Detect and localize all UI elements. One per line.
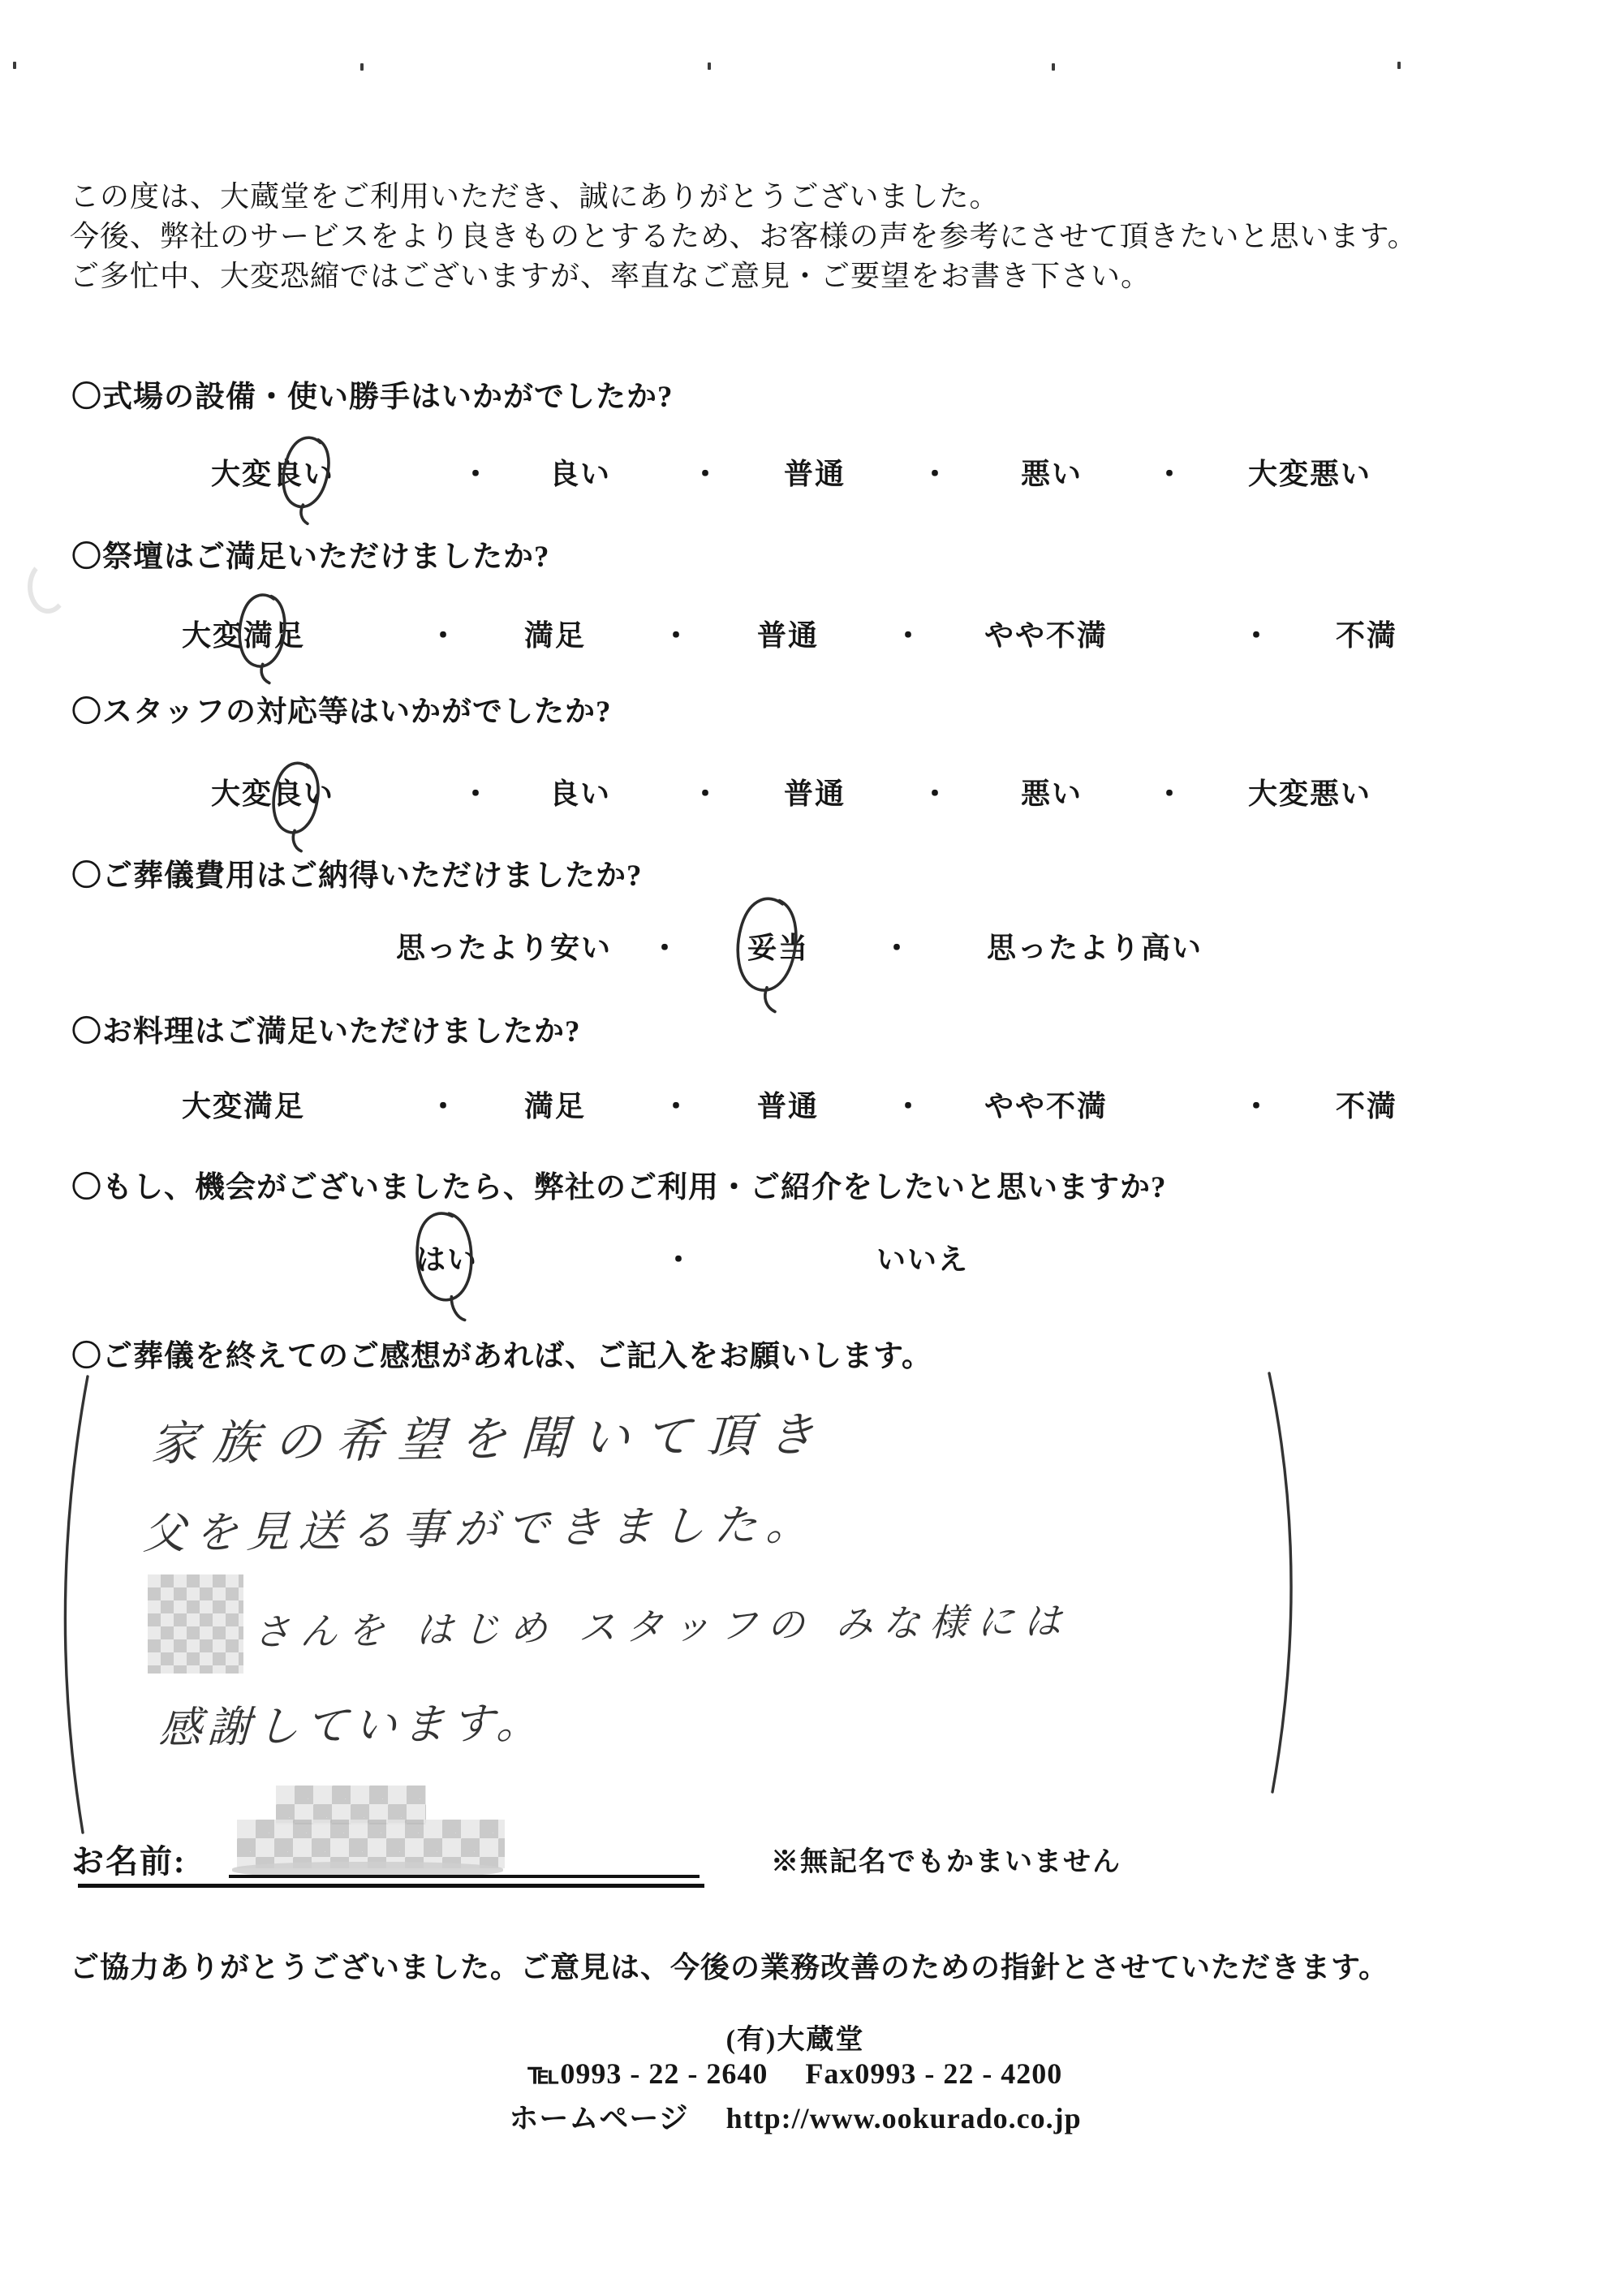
intro-line: 今後、弊社のサービスをより良きものとするため、お客様の声を参考にさせて頂きたいと… <box>70 213 1418 255</box>
closing-note: ご協力ありがとうございました。ご意見は、今後の業務改善のための指針とさせていただ… <box>70 1945 1388 1986</box>
handwriting-line: さんを はじめ スタッフの みな様には <box>252 1592 1072 1656</box>
comment-bracket-right <box>1263 1370 1311 1795</box>
option-label: やや不満 <box>984 613 1108 654</box>
option-label: 不満 <box>1336 1083 1397 1125</box>
scan-speck <box>708 62 711 70</box>
option-separator-dot: ・ <box>1155 451 1184 493</box>
footer-homepage-url: http://www.ookurado.co.jp <box>726 2102 1082 2134</box>
scan-speck <box>1052 63 1055 71</box>
option-separator-dot: ・ <box>661 1083 691 1125</box>
option-separator-dot: ・ <box>893 1083 923 1125</box>
scan-speck <box>13 62 16 69</box>
handwriting-line: 父を見送る事ができました。 <box>142 1490 820 1562</box>
question-title: 〇スタッフの対応等はいかがでしたか? <box>71 687 612 730</box>
option-label: 普通 <box>784 771 846 812</box>
option-label: 良い <box>549 451 611 493</box>
option-label: 悪い <box>1021 771 1083 812</box>
option-label: 思ったより安い <box>396 925 612 967</box>
questionnaire-scan-page: この度は、大蔵堂をご利用いただき、誠にありがとうございました。 今後、弊社のサー… <box>0 0 1623 2296</box>
option-label: 悪い <box>1021 451 1083 493</box>
redacted-name-pixelation <box>237 1820 505 1868</box>
option-separator-dot: ・ <box>1242 1083 1271 1125</box>
option-separator-dot: ・ <box>691 771 720 812</box>
option-label: 思ったより高い <box>987 925 1203 967</box>
footer-contact: ℡0993 - 22 - 2640Fax0993 - 22 - 4200 <box>0 2057 1591 2091</box>
scan-speck <box>1397 62 1401 69</box>
selection-circle-q4 <box>726 885 816 1021</box>
footer-homepage: ホームページhttp://www.ookurado.co.jp <box>0 2096 1591 2137</box>
option-separator-dot: ・ <box>1242 613 1271 654</box>
option-separator-dot: ・ <box>650 925 679 967</box>
option-label: 良い <box>549 771 611 812</box>
question-title: 〇ご葬儀を終えてのご感想があれば、ご記入をお願いします。 <box>71 1331 932 1375</box>
question-title: 〇祭壇はご満足いただけましたか? <box>71 532 550 575</box>
option-label: 大変悪い <box>1248 771 1371 812</box>
option-label: 満足 <box>524 613 586 654</box>
scan-speck <box>360 63 364 71</box>
question-title: 〇お料理はご満足いただけましたか? <box>71 1006 581 1050</box>
option-separator-dot: ・ <box>461 771 490 812</box>
option-label: 満足 <box>524 1083 586 1125</box>
option-label: 大変悪い <box>1248 451 1371 493</box>
intro-line: ご多忙中、大変恐縮ではございますが、率直なご意見・ご要望をお書き下さい。 <box>70 253 1151 295</box>
scan-artifact <box>28 560 68 614</box>
comment-bracket-left <box>45 1373 94 1836</box>
option-label: 普通 <box>784 451 846 493</box>
selection-circle-q1 <box>269 421 347 536</box>
option-separator-dot: ・ <box>882 925 911 967</box>
question-title: 〇ご葬儀費用はご納得いただけましたか? <box>71 851 643 894</box>
option-label: 普通 <box>757 1083 819 1125</box>
option-label: やや不満 <box>984 1083 1108 1125</box>
footer-homepage-label: ホームページ <box>509 2102 688 2134</box>
option-label: 不満 <box>1336 613 1397 654</box>
name-underline-bottom <box>78 1884 704 1888</box>
option-separator-dot: ・ <box>661 613 691 654</box>
footer-fax: Fax0993 - 22 - 4200 <box>805 2057 1062 2090</box>
option-separator-dot: ・ <box>428 613 458 654</box>
redacted-name-pixelation <box>276 1786 426 1824</box>
option-separator-dot: ・ <box>664 1237 693 1278</box>
handwriting-line: 感謝しています。 <box>158 1689 547 1756</box>
question-title: 〇もし、機会がございましたら、弊社のご利用・ご紹介をしたいと思いますか? <box>71 1162 1167 1206</box>
footer-tel: ℡0993 - 22 - 2640 <box>528 2057 768 2090</box>
option-label: いいえ <box>876 1237 969 1278</box>
selection-circle-q2 <box>230 579 299 695</box>
handwriting-line: 家族の希望を聞いて頂き <box>149 1396 830 1474</box>
intro-line: この度は、大蔵堂をご利用いただき、誠にありがとうございました。 <box>70 174 1000 215</box>
option-separator-dot: ・ <box>920 451 949 493</box>
question-title: 〇式場の設備・使い勝手はいかがでしたか? <box>71 372 674 416</box>
footer-company: (有)大蔵堂 <box>0 2017 1591 2057</box>
anonymous-note: ※無記名でもかまいません <box>771 1839 1121 1879</box>
redacted-name-pixelation <box>148 1574 243 1674</box>
name-underline-top <box>229 1875 700 1878</box>
name-label: お名前: <box>71 1836 186 1882</box>
option-label: 普通 <box>757 613 819 654</box>
selection-circle-q3 <box>261 740 335 868</box>
option-label: 大変満足 <box>182 1083 305 1125</box>
option-separator-dot: ・ <box>428 1083 458 1125</box>
option-separator-dot: ・ <box>893 613 923 654</box>
option-separator-dot: ・ <box>691 451 720 493</box>
option-separator-dot: ・ <box>920 771 949 812</box>
selection-circle-q6 <box>392 1201 507 1327</box>
option-separator-dot: ・ <box>1155 771 1184 812</box>
option-separator-dot: ・ <box>461 451 490 493</box>
